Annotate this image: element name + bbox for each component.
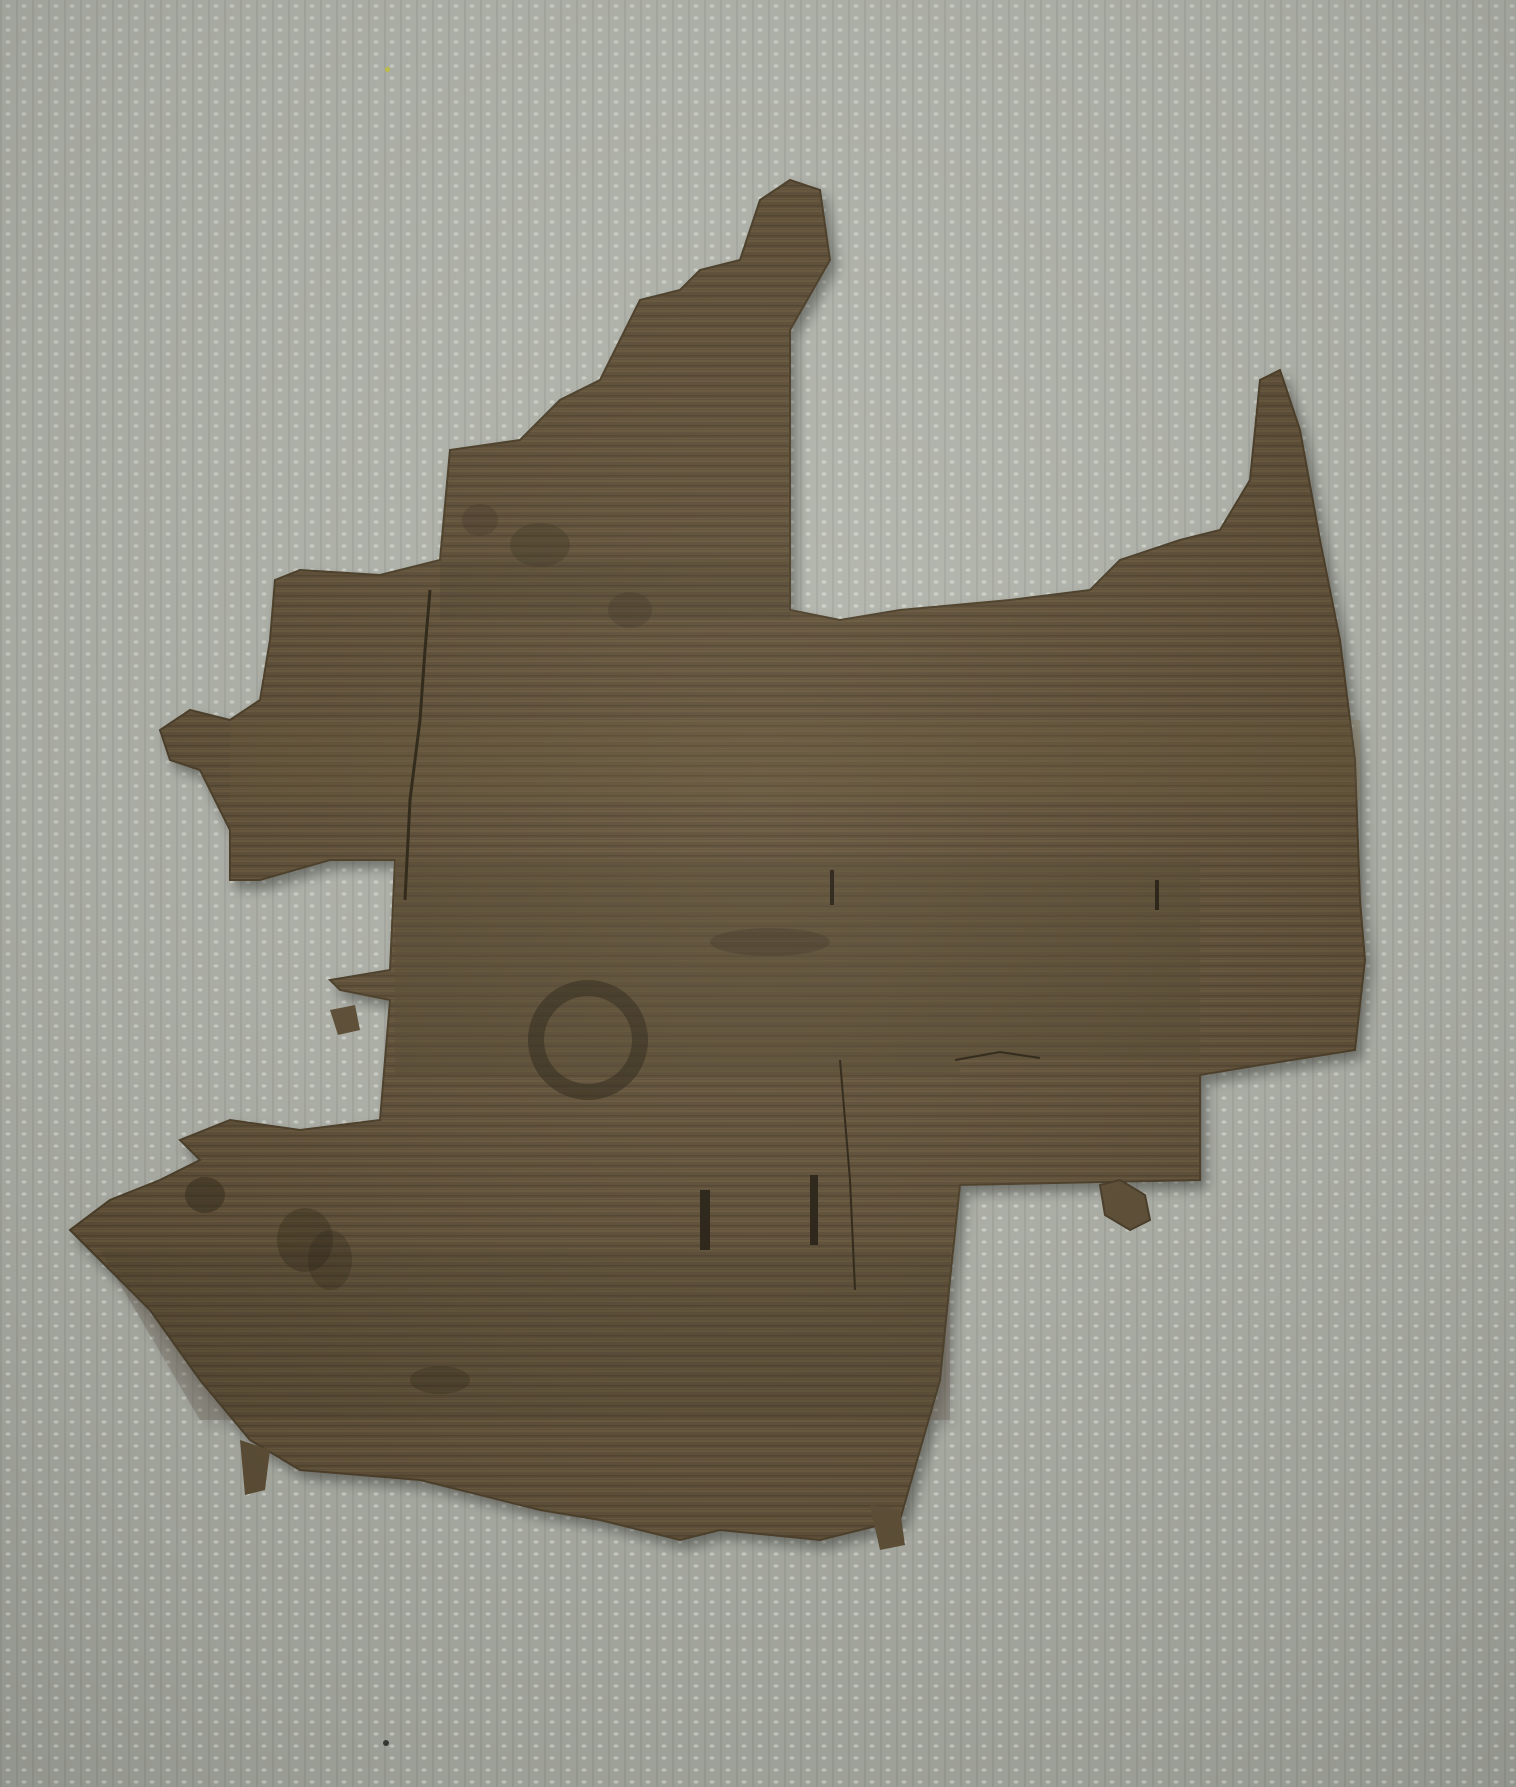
photo-background (0, 0, 1516, 1787)
detached-fiber-piece (1100, 1180, 1150, 1230)
yellow-speck (385, 67, 390, 72)
dark-speck (383, 1740, 389, 1746)
papyrus-fragment (0, 0, 1516, 1787)
